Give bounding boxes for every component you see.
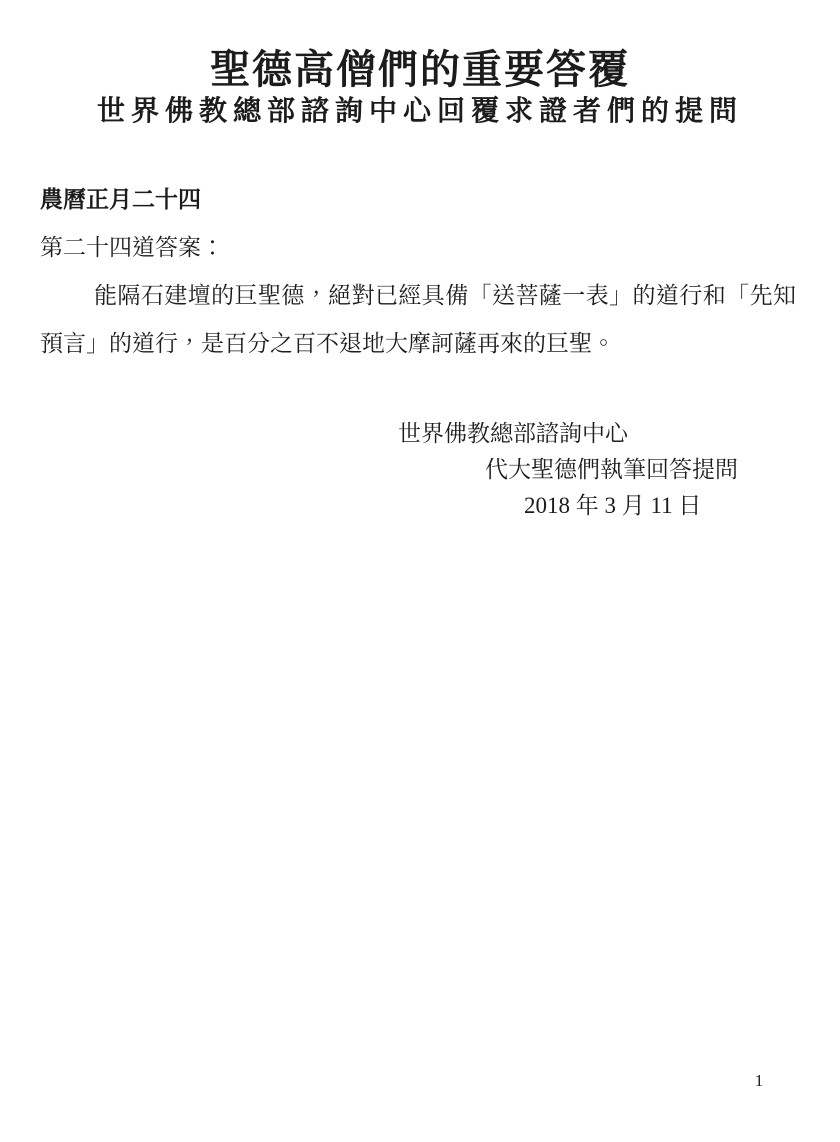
- lunar-date-heading: 農曆正月二十四: [40, 176, 796, 224]
- document-title: 聖德高僧們的重要答覆: [0, 46, 840, 94]
- document-subtitle: 世界佛教總部諮詢中心回覆求證者們的提問: [0, 92, 840, 132]
- signature-date: 2018 年 3 月 11 日: [524, 488, 840, 524]
- page-number: 1: [744, 1069, 774, 1093]
- document-body: 農曆正月二十四 第二十四道答案： 能隔石建壇的巨聖德，絕對已經具備「送菩薩一表」…: [40, 176, 796, 368]
- answer-paragraph-line-2: 預言」的道行，是百分之百不退地大摩訶薩再來的巨聖。: [40, 320, 796, 368]
- answer-paragraph: 能隔石建壇的巨聖德，絕對已經具備「送菩薩一表」的道行和「先知 預言」的道行，是百…: [40, 272, 796, 368]
- answer-paragraph-line-1: 能隔石建壇的巨聖德，絕對已經具備「送菩薩一表」的道行和「先知: [40, 272, 796, 320]
- answer-number-line: 第二十四道答案：: [40, 224, 796, 272]
- signature-organization: 世界佛教總部諮詢中心: [398, 416, 840, 452]
- signature-block: 世界佛教總部諮詢中心 代大聖德們執筆回答提問 2018 年 3 月 11 日: [0, 416, 840, 524]
- document-page: 聖德高僧們的重要答覆 世界佛教總部諮詢中心回覆求證者們的提問 農曆正月二十四 第…: [0, 0, 840, 1142]
- signature-role: 代大聖德們執筆回答提問: [485, 452, 840, 488]
